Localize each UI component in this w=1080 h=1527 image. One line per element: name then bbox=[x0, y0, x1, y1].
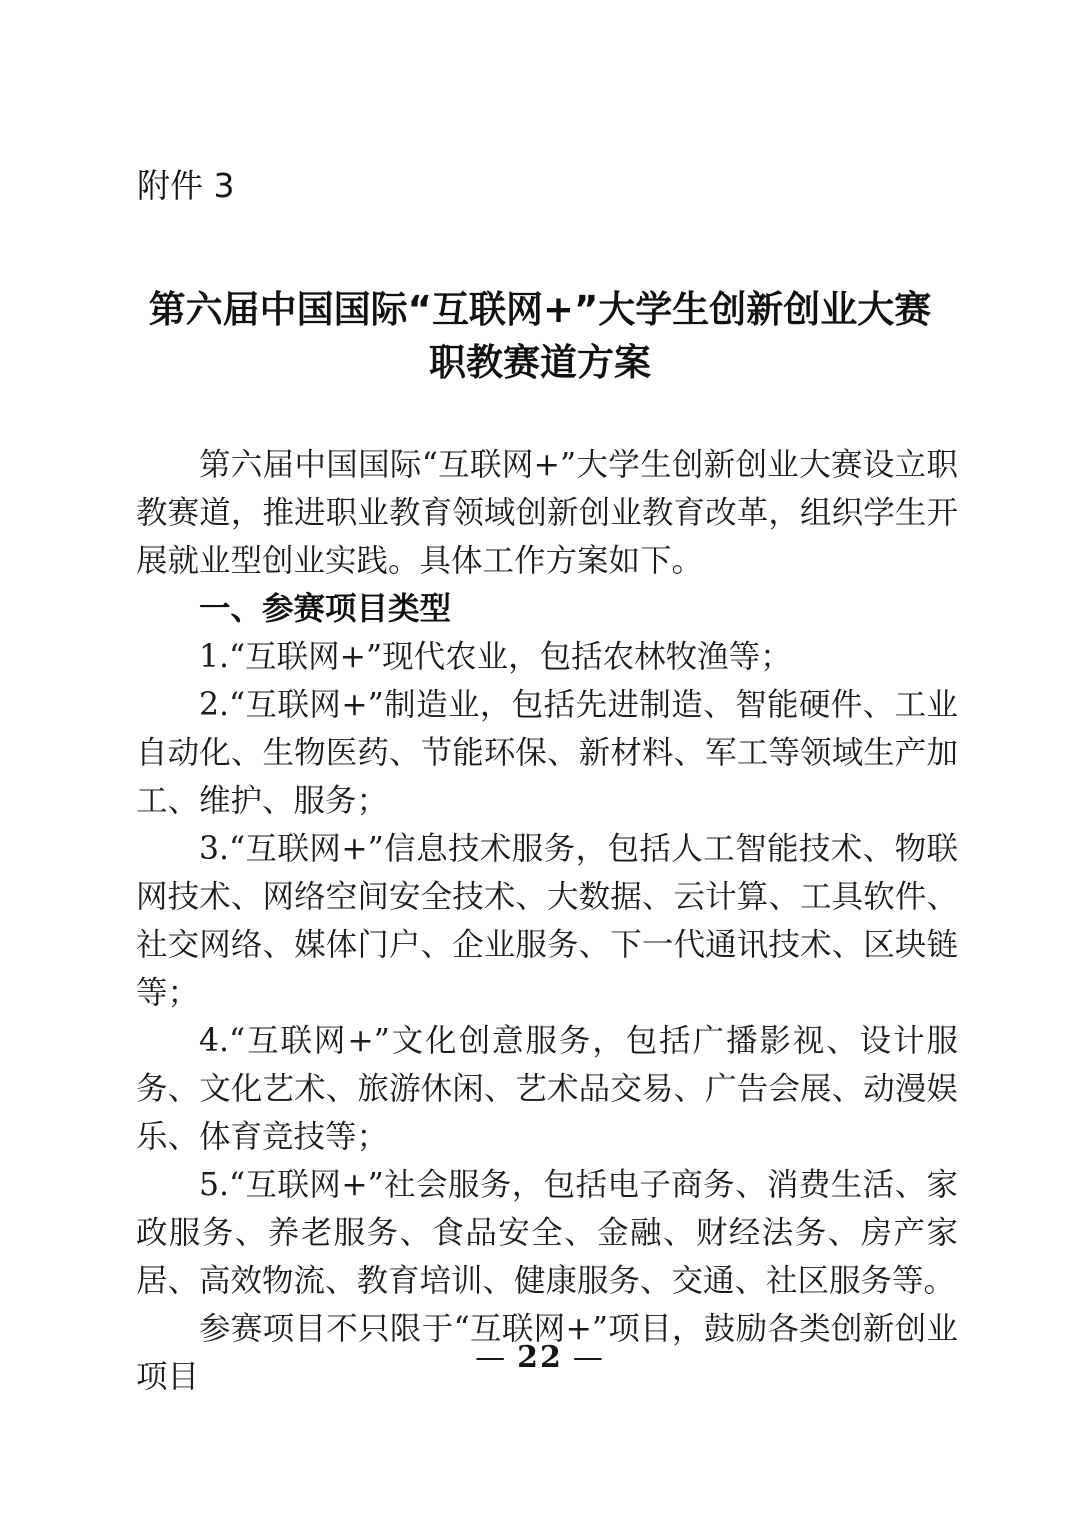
intro-paragraph: 第六届中国国际“互联网+”大学生创新创业大赛设立职教赛道，推进职业教育领域创新创… bbox=[136, 441, 958, 585]
document-title-line2: 职教赛道方案 bbox=[0, 336, 1080, 389]
list-item-1: 1.“互联网+”现代农业，包括农林牧渔等； bbox=[136, 633, 958, 681]
document-title: 第六届中国国际“互联网+”大学生创新创业大赛 职教赛道方案 bbox=[0, 283, 1080, 389]
list-item-2: 2.“互联网+”制造业，包括先进制造、智能硬件、工业自动化、生物医药、节能环保、… bbox=[136, 681, 958, 825]
list-item-4: 4.“互联网+”文化创意服务，包括广播影视、设计服务、文化艺术、旅游休闲、艺术品… bbox=[136, 1017, 958, 1161]
document-page: 附件 3 第六届中国国际“互联网+”大学生创新创业大赛 职教赛道方案 第六届中国… bbox=[0, 0, 1080, 1527]
page-number: —22— bbox=[0, 1338, 1080, 1378]
list-item-3: 3.“互联网+”信息技术服务，包括人工智能技术、物联网技术、网络空间安全技术、大… bbox=[136, 825, 958, 1017]
document-title-line1: 第六届中国国际“互联网+”大学生创新创业大赛 bbox=[0, 283, 1080, 336]
page-number-value: 22 bbox=[507, 1340, 573, 1375]
page-number-left-dash: — bbox=[475, 1340, 507, 1375]
page-number-right-dash: — bbox=[573, 1340, 605, 1375]
document-body: 第六届中国国际“互联网+”大学生创新创业大赛设立职教赛道，推进职业教育领域创新创… bbox=[136, 441, 958, 1401]
attachment-label: 附件 3 bbox=[137, 166, 235, 206]
section-heading-project-types: 一、参赛项目类型 bbox=[136, 585, 958, 633]
list-item-5: 5.“互联网+”社会服务，包括电子商务、消费生活、家政服务、养老服务、食品安全、… bbox=[136, 1161, 958, 1305]
